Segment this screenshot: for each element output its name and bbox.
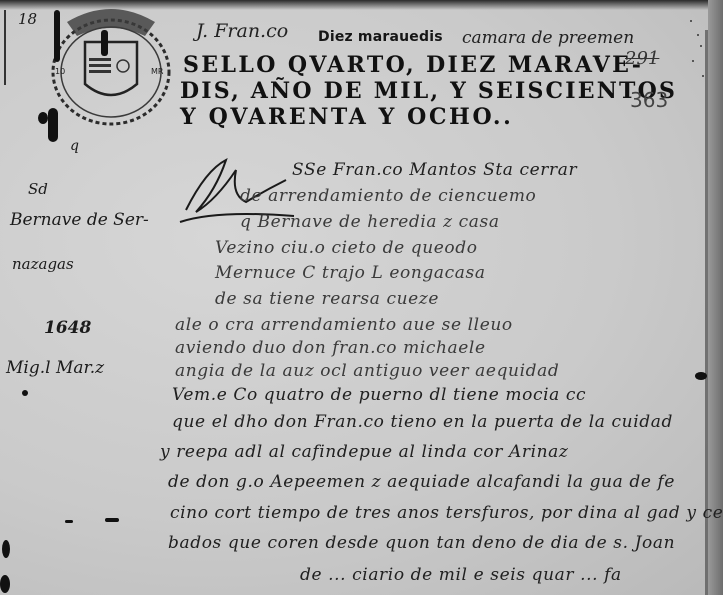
ink-speck (700, 45, 702, 47)
body-line: SSe Fran.co Mantos Sta cerrar (292, 160, 577, 180)
body-line: bados que coren desde quon tan deno de d… (168, 533, 675, 553)
body-line: de sa tiene rearsa cueze (215, 289, 439, 309)
body-line: de ... ciario de mil e seis quar ... fa (300, 565, 622, 585)
ink-blot (105, 518, 119, 522)
svg-text:MR: MR (151, 67, 164, 76)
stamp-line-1: SELLO QVARTO, DIEZ MARAVE- (183, 52, 643, 78)
body-line: Vezino ciu.o cieto de queodo (215, 238, 478, 258)
folio-number: 363 (630, 88, 668, 112)
body-line: de don g.o Aepeemen z aequiade alcafandi… (168, 472, 675, 492)
ink-blot (0, 575, 10, 593)
header-annotation-right: camara de preemen (462, 28, 634, 48)
ink-speck (690, 20, 692, 22)
ink-blot (38, 112, 48, 124)
body-line: aviendo duo don fran.co michaele (175, 338, 486, 358)
ink-speck (697, 34, 699, 36)
margin-name-2: Mig.l Mar.z (6, 358, 104, 378)
margin-year: 1648 (44, 318, 91, 338)
svg-text:10: 10 (55, 67, 65, 76)
body-line: Mernuce C trajo L eongacasa (215, 263, 486, 283)
ink-blot (48, 108, 58, 142)
body-line: cino cort tiempo de tres anos tersfuros,… (170, 503, 723, 523)
margin-mark: Sd (28, 180, 48, 198)
folio-number-struck: 291 (625, 48, 659, 69)
stamp-line-2: DIS, AÑO DE MIL, Y SEISCIENTOS (180, 78, 677, 104)
stamp-line-3: Y QVARENTA Y OCHO.. (180, 104, 513, 130)
ink-blot (22, 390, 28, 396)
ink-speck (692, 60, 694, 62)
margin-name-line-2: nazagas (12, 255, 74, 273)
stamp-value-text: Diez marauedis (318, 29, 443, 45)
header-annotation-left: J. Fran.co (196, 20, 288, 42)
body-line: ale o cra arrendamiento aue se lleuo (175, 315, 513, 335)
royal-seal: 10 MR (45, 2, 175, 130)
margin-rule (4, 10, 6, 85)
royal-coat-of-arms-seal-icon: 10 MR (45, 2, 175, 130)
margin-number: 18 (18, 10, 37, 28)
margin-mark: q (70, 138, 79, 154)
body-line: angia de la auz ocl antiguo veer aequida… (175, 361, 559, 381)
ink-blot (2, 540, 10, 558)
body-line: de arrendamiento de ciencuemo (240, 186, 536, 206)
manuscript-page: 10 MR J. Fran.co Diez marauedis camara d… (0, 0, 723, 595)
body-line: Vem.e Co quatro de puerno dl tiene mocia… (172, 385, 586, 405)
ink-blot (65, 520, 73, 523)
body-line: q Bernave de heredia z casa (240, 212, 500, 232)
ink-blot (695, 372, 707, 380)
body-line: y reepa adl al cafindepue al linda cor A… (160, 442, 568, 462)
body-line: que el dho don Fran.co tieno en la puert… (172, 412, 673, 432)
ink-speck (702, 75, 704, 77)
margin-name-line-1: Bernave de Ser- (10, 210, 149, 230)
